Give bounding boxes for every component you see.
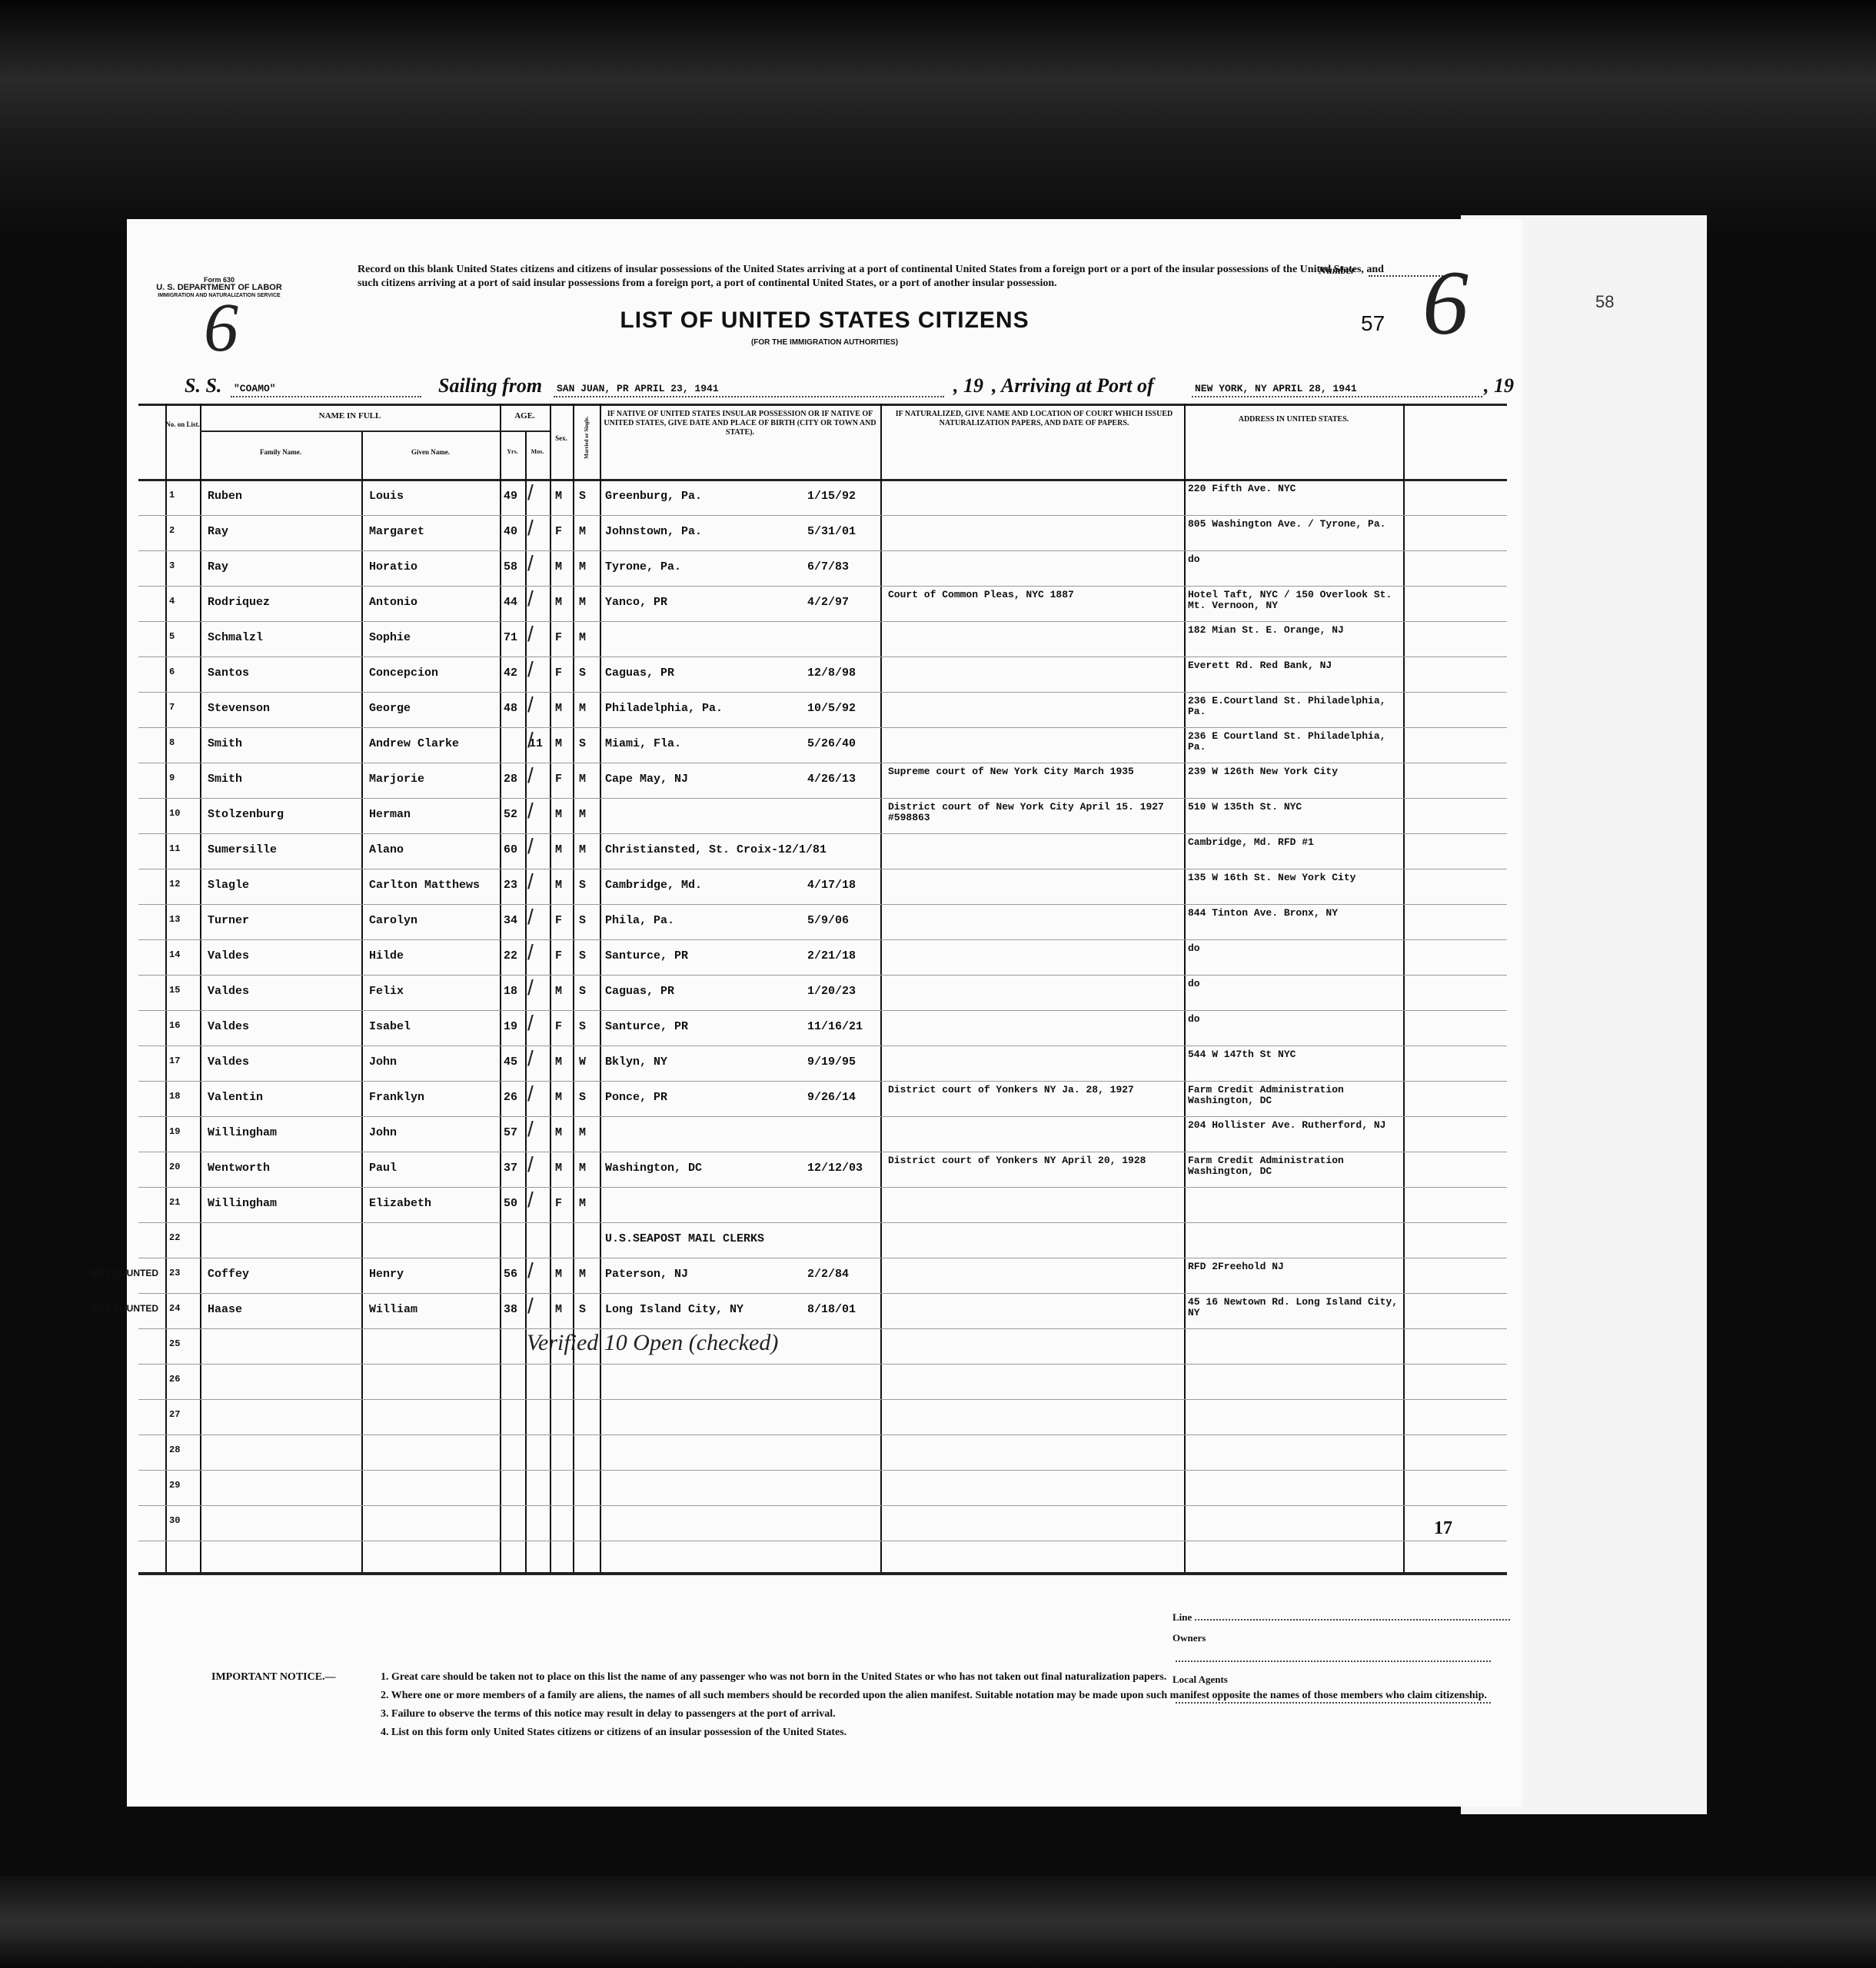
birth-date-cell: 4/26/13 xyxy=(807,773,856,786)
document-title: LIST OF UNITED STATES CITIZENS xyxy=(127,307,1522,334)
handwritten-verification-note: Verified 10 Open (checked) xyxy=(527,1330,778,1356)
check-mark-icon: / xyxy=(527,622,534,647)
marital-status-cell: M xyxy=(579,702,586,715)
line-number-cell: 29 xyxy=(169,1480,180,1491)
table-row: 6SantosConcepcion42FSCaguas, PR12/8/98Ev… xyxy=(138,657,1507,693)
sex-cell: M xyxy=(555,1091,562,1104)
line-number-cell: 1 xyxy=(169,490,175,500)
sex-cell: M xyxy=(555,1303,562,1316)
family-name-cell: Valdes xyxy=(208,1055,249,1069)
address-cell: do xyxy=(1188,554,1399,565)
family-name-cell: Stevenson xyxy=(208,702,270,715)
table-row: 1RubenLouis49MSGreenburg, Pa.1/15/92220 … xyxy=(138,480,1507,516)
birth-place-cell: Christiansted, St. Croix-12/1/81 xyxy=(605,843,827,856)
table-row: 11SumersilleAlano60MMChristiansted, St. … xyxy=(138,834,1507,869)
year-label-1: , 19 xyxy=(953,374,983,397)
line-number-cell: 2 xyxy=(169,525,175,536)
col-naturalization: IF NATURALIZED, GIVE NAME AND LOCATION O… xyxy=(888,410,1180,428)
sailing-from-label: Sailing from xyxy=(438,374,542,397)
given-name-cell: Carolyn xyxy=(369,914,417,927)
check-mark-icon: / xyxy=(527,1258,534,1283)
voyage-line: S. S. "COAMO" Sailing from SAN JUAN, PR … xyxy=(185,373,1507,397)
family-name-cell: Rodriquez xyxy=(208,596,270,609)
check-mark-icon: / xyxy=(527,799,534,823)
birth-place-cell: Phila, Pa. xyxy=(605,914,674,927)
birth-place-cell: Santurce, PR xyxy=(605,949,688,962)
marital-status-cell: S xyxy=(579,737,586,750)
scan-border-bottom xyxy=(0,1876,1876,1968)
given-name-cell: Franklyn xyxy=(369,1091,424,1104)
check-mark-icon: / xyxy=(527,869,534,894)
birth-place-cell: Paterson, NJ xyxy=(605,1268,688,1281)
age-years-cell: 23 xyxy=(504,879,517,892)
line-number-cell: 8 xyxy=(169,737,175,748)
scan-border-top xyxy=(0,0,1876,231)
arriving-at-field: NEW YORK, NY APRIL 28, 1941 xyxy=(1192,383,1482,397)
owners-field: Owners xyxy=(1172,1627,1522,1669)
table-row: 9SmithMarjorie28FMCape May, NJ4/26/13Sup… xyxy=(138,763,1507,799)
marital-status-cell: M xyxy=(579,596,586,609)
line-field: Line xyxy=(1172,1607,1522,1627)
line-number-cell: 17 xyxy=(169,1055,180,1066)
birth-place-cell: Ponce, PR xyxy=(605,1091,667,1104)
family-name-cell: Valentin xyxy=(208,1091,263,1104)
birth-date-cell: 2/2/84 xyxy=(807,1268,849,1281)
age-years-cell: 19 xyxy=(504,1020,517,1033)
given-name-cell: George xyxy=(369,702,411,715)
birth-date-cell: 12/12/03 xyxy=(807,1162,863,1175)
address-cell: 220 Fifth Ave. NYC xyxy=(1188,484,1399,494)
address-cell: 844 Tinton Ave. Bronx, NY xyxy=(1188,908,1399,919)
birth-place-cell: Bklyn, NY xyxy=(605,1055,667,1069)
line-number-cell: 25 xyxy=(169,1338,180,1349)
col-birth: IF NATIVE OF UNITED STATES INSULAR POSSE… xyxy=(604,410,876,437)
address-cell: 510 W 135th St. NYC xyxy=(1188,802,1399,813)
family-name-cell: Stolzenburg xyxy=(208,808,284,821)
address-cell: Cambridge, Md. RFD #1 xyxy=(1188,837,1399,848)
table-row: 7StevensonGeorge48MMPhiladelphia, Pa.10/… xyxy=(138,693,1507,728)
birth-place-cell: Greenburg, Pa. xyxy=(605,490,702,503)
line-number-cell: 21 xyxy=(169,1197,180,1208)
birth-place-cell: Caguas, PR xyxy=(605,985,674,998)
marital-status-cell: S xyxy=(579,879,586,892)
age-years-cell: 48 xyxy=(504,702,517,715)
birth-date-cell: 4/2/97 xyxy=(807,596,849,609)
sex-cell: M xyxy=(555,1268,562,1281)
table-row: 16ValdesIsabel19FSSanturce, PR11/16/21do… xyxy=(138,1011,1507,1046)
family-name-cell: Coffey xyxy=(208,1268,249,1281)
sex-cell: M xyxy=(555,1126,562,1139)
sex-cell: M xyxy=(555,737,562,750)
address-cell: 236 E Courtland St. Philadelphia, Pa. xyxy=(1188,731,1399,753)
birth-date-cell: 5/9/06 xyxy=(807,914,849,927)
check-mark-icon: / xyxy=(527,763,534,788)
address-cell: do xyxy=(1188,943,1399,954)
check-mark-icon: / xyxy=(527,551,534,576)
sex-cell: M xyxy=(555,808,562,821)
birth-date-cell: 11/16/21 xyxy=(807,1020,863,1033)
naturalization-cell: Court of Common Pleas, NYC 1887 xyxy=(888,590,1176,600)
sex-cell: M xyxy=(555,879,562,892)
sex-cell: M xyxy=(555,596,562,609)
age-years-cell: 18 xyxy=(504,985,517,998)
table-row: 10StolzenburgHerman52MMDistrict court of… xyxy=(138,799,1507,834)
line-number-cell: 6 xyxy=(169,667,175,677)
birth-date-cell: 1/20/23 xyxy=(807,985,856,998)
notice-item-4: 4. List on this form only United States … xyxy=(381,1724,1511,1742)
line-number-cell: 4 xyxy=(169,596,175,607)
address-cell: 182 Mian St. E. Orange, NJ xyxy=(1188,625,1399,636)
line-number-cell: 24 xyxy=(169,1303,180,1314)
marital-status-cell: S xyxy=(579,1091,586,1104)
not-counted-stamp: NOT COUNTED xyxy=(91,1268,158,1278)
line-number-cell: 9 xyxy=(169,773,175,783)
naturalization-cell: Supreme court of New York City March 193… xyxy=(888,766,1176,777)
sex-cell: M xyxy=(555,490,562,503)
marital-status-cell: M xyxy=(579,631,586,644)
family-name-cell: Willingham xyxy=(208,1126,277,1139)
sex-cell: F xyxy=(555,667,562,680)
family-name-cell: Valdes xyxy=(208,985,249,998)
birth-place-cell: Tyrone, Pa. xyxy=(605,560,681,573)
line-number-cell: 26 xyxy=(169,1374,180,1385)
notice-item-2: 2. Where one or more members of a family… xyxy=(381,1687,1511,1705)
table-row: 2RayMargaret40FMJohnstown, Pa.5/31/01805… xyxy=(138,516,1507,551)
marital-status-cell: W xyxy=(579,1055,586,1069)
birth-place-cell: Washington, DC xyxy=(605,1162,702,1175)
family-name-cell: Haase xyxy=(208,1303,242,1316)
marital-status-cell: S xyxy=(579,914,586,927)
table-row: 23CoffeyHenry56MMPaterson, NJ2/2/84RFD 2… xyxy=(138,1258,1507,1294)
table-row: 17ValdesJohn45MWBklyn, NY9/19/95544 W 14… xyxy=(138,1046,1507,1082)
sailing-from-field: SAN JUAN, PR APRIL 23, 1941 xyxy=(554,383,944,397)
birth-place-cell: Yanco, PR xyxy=(605,596,667,609)
check-mark-icon: / xyxy=(527,1152,534,1177)
check-mark-icon: / xyxy=(527,516,534,540)
given-name-cell: Alano xyxy=(369,843,404,856)
table-row: 30 xyxy=(138,1506,1507,1541)
sex-cell: F xyxy=(555,949,562,962)
family-name-cell: Ray xyxy=(208,525,228,538)
col-address: ADDRESS IN UNITED STATES. xyxy=(1184,415,1403,424)
marital-status-cell: M xyxy=(579,773,586,786)
sex-cell: M xyxy=(555,560,562,573)
birth-date-cell: 2/21/18 xyxy=(807,949,856,962)
birth-place-cell: Cambridge, Md. xyxy=(605,879,702,892)
sex-cell: M xyxy=(555,702,562,715)
underlying-page-number: 58 xyxy=(1595,292,1614,312)
check-mark-icon: / xyxy=(527,1117,534,1142)
marital-status-cell: S xyxy=(579,490,586,503)
address-cell: 805 Washington Ave. / Tyrone, Pa. xyxy=(1188,519,1399,530)
check-mark-icon: / xyxy=(527,1294,534,1318)
age-years-cell: 34 xyxy=(504,914,517,927)
birth-place-cell: Long Island City, NY xyxy=(605,1303,743,1316)
family-name-cell: Valdes xyxy=(208,1020,249,1033)
table-row: 14ValdesHilde22FSSanturce, PR2/21/18do/ xyxy=(138,940,1507,976)
age-years-cell: 57 xyxy=(504,1126,517,1139)
age-years-cell: 44 xyxy=(504,596,517,609)
table-row: 29 xyxy=(138,1471,1507,1506)
sex-cell: F xyxy=(555,1020,562,1033)
address-cell: do xyxy=(1188,979,1399,989)
age-years-cell: 49 xyxy=(504,490,517,503)
naturalization-cell: District court of Yonkers NY Ja. 28, 192… xyxy=(888,1085,1176,1095)
birth-place-cell: Caguas, PR xyxy=(605,667,674,680)
table-row: 28 xyxy=(138,1435,1507,1471)
family-name-cell: Willingham xyxy=(208,1197,277,1210)
address-cell: 544 W 147th St NYC xyxy=(1188,1049,1399,1060)
address-cell: do xyxy=(1188,1014,1399,1025)
given-name-cell: Elizabeth xyxy=(369,1197,431,1210)
notice-item-1: 1. Great care should be taken not to pla… xyxy=(381,1668,1511,1687)
birth-date-cell: 9/19/95 xyxy=(807,1055,856,1069)
check-mark-icon: / xyxy=(527,1188,534,1212)
age-years-cell: 56 xyxy=(504,1268,517,1281)
marital-status-cell: M xyxy=(579,1126,586,1139)
notice-label: IMPORTANT NOTICE.— xyxy=(211,1668,336,1687)
marital-status-cell: M xyxy=(579,1197,586,1210)
birth-place-cell: U.S.SEAPOST MAIL CLERKS xyxy=(605,1232,764,1245)
check-mark-icon: / xyxy=(527,976,534,1000)
col-age: AGE. xyxy=(500,411,550,421)
family-name-cell: Sumersille xyxy=(208,843,277,856)
age-years-cell: 26 xyxy=(504,1091,517,1104)
line-number-cell: 27 xyxy=(169,1409,180,1420)
given-name-cell: Antonio xyxy=(369,596,417,609)
given-name-cell: Henry xyxy=(369,1268,404,1281)
age-years-cell: 71 xyxy=(504,631,517,644)
given-name-cell: Isabel xyxy=(369,1020,411,1033)
family-name-cell: Schmalzl xyxy=(208,631,263,644)
family-name-cell: Slagle xyxy=(208,879,249,892)
table-row: 8SmithAndrew Clarke11MSMiami, Fla.5/26/4… xyxy=(138,728,1507,763)
age-years-cell: 45 xyxy=(504,1055,517,1069)
age-years-cell: 60 xyxy=(504,843,517,856)
age-years-cell: 50 xyxy=(504,1197,517,1210)
col-age-years: Yrs. xyxy=(500,448,525,456)
check-mark-icon: / xyxy=(527,693,534,717)
table-row: 12SlagleCarlton Matthews23MSCambridge, M… xyxy=(138,869,1507,905)
col-age-months: Mos. xyxy=(525,448,550,456)
marital-status-cell: M xyxy=(579,560,586,573)
check-mark-icon: / xyxy=(527,657,534,682)
sex-cell: F xyxy=(555,773,562,786)
address-cell: Farm Credit Administration Washington, D… xyxy=(1188,1155,1399,1178)
ss-label: S. S. xyxy=(185,374,221,397)
given-name-cell: Marjorie xyxy=(369,773,424,786)
given-name-cell: John xyxy=(369,1055,397,1069)
manifest-page: Form 630 U. S. DEPARTMENT OF LABOR IMMIG… xyxy=(127,219,1522,1807)
given-name-cell: Andrew Clarke xyxy=(369,737,459,750)
col-family-name: Family Name. xyxy=(200,448,361,457)
family-name-cell: Valdes xyxy=(208,949,249,962)
table-row: 13TurnerCarolyn34FSPhila, Pa.5/9/06844 T… xyxy=(138,905,1507,940)
family-name-cell: Santos xyxy=(208,667,249,680)
given-name-cell: Herman xyxy=(369,808,411,821)
address-cell: 135 W 16th St. New York City xyxy=(1188,873,1399,883)
family-name-cell: Wentworth xyxy=(208,1162,270,1175)
check-mark-icon: / xyxy=(527,587,534,611)
age-years-cell: 37 xyxy=(504,1162,517,1175)
address-cell: Everett Rd. Red Bank, NJ xyxy=(1188,660,1399,671)
check-mark-icon: / xyxy=(527,834,534,859)
table-row: 4RodriquezAntonio44MMYanco, PR4/2/97Cour… xyxy=(138,587,1507,622)
given-name-cell: John xyxy=(369,1126,397,1139)
col-name-in-full: NAME IN FULL xyxy=(200,411,500,421)
check-mark-icon: / xyxy=(527,728,534,753)
birth-date-cell: 6/7/83 xyxy=(807,560,849,573)
year-label-2: , 19 xyxy=(1484,374,1514,397)
col-marital-status: Married or Single. xyxy=(584,411,590,464)
address-cell: 204 Hollister Ave. Rutherford, NJ xyxy=(1188,1120,1399,1131)
table-row: 27 xyxy=(138,1400,1507,1435)
given-name-cell: Horatio xyxy=(369,560,417,573)
age-years-cell: 28 xyxy=(504,773,517,786)
marital-status-cell: M xyxy=(579,1268,586,1281)
check-mark-icon: / xyxy=(527,940,534,965)
birth-place-cell: Philadelphia, Pa. xyxy=(605,702,723,715)
line-number-cell: 7 xyxy=(169,702,175,713)
address-cell: Farm Credit Administration Washington, D… xyxy=(1188,1085,1399,1107)
passenger-table: No. on List. NAME IN FULL Family Name. G… xyxy=(138,404,1507,1580)
arriving-label: , Arriving at Port of xyxy=(992,374,1154,397)
marital-status-cell: S xyxy=(579,949,586,962)
given-name-cell: William xyxy=(369,1303,417,1316)
birth-date-cell: 5/31/01 xyxy=(807,525,856,538)
sex-cell: F xyxy=(555,1197,562,1210)
birth-date-cell: 8/18/01 xyxy=(807,1303,856,1316)
birth-date-cell: 5/26/40 xyxy=(807,737,856,750)
family-name-cell: Smith xyxy=(208,737,242,750)
address-cell: 45 16 Newtown Rd. Long Island City, NY xyxy=(1188,1297,1399,1319)
given-name-cell: Sophie xyxy=(369,631,411,644)
marital-status-cell: M xyxy=(579,843,586,856)
birth-date-cell: 4/17/18 xyxy=(807,879,856,892)
birth-date-cell: 9/26/14 xyxy=(807,1091,856,1104)
sex-cell: M xyxy=(555,985,562,998)
age-years-cell: 52 xyxy=(504,808,517,821)
table-row: 3RayHoratio58MMTyrone, Pa.6/7/83do/ xyxy=(138,551,1507,587)
marital-status-cell: S xyxy=(579,1020,586,1033)
marital-status-cell: S xyxy=(579,667,586,680)
notice-item-3: 3. Failure to observe the terms of this … xyxy=(381,1705,1511,1724)
sex-cell: M xyxy=(555,843,562,856)
line-number-cell: 30 xyxy=(169,1515,180,1526)
address-cell: Hotel Taft, NYC / 150 Overlook St. Mt. V… xyxy=(1188,590,1399,612)
line-number-cell: 16 xyxy=(169,1020,180,1031)
given-name-cell: Felix xyxy=(369,985,404,998)
check-mark-icon: / xyxy=(527,1011,534,1036)
age-years-cell: 22 xyxy=(504,949,517,962)
line-number-cell: 20 xyxy=(169,1162,180,1172)
line-number-cell: 18 xyxy=(169,1091,180,1102)
check-mark-icon: / xyxy=(527,1046,534,1071)
family-name-cell: Ray xyxy=(208,560,228,573)
age-years-cell: 42 xyxy=(504,667,517,680)
age-years-cell: 38 xyxy=(504,1303,517,1316)
birth-date-cell: 1/15/92 xyxy=(807,490,856,503)
naturalization-cell: District court of Yonkers NY April 20, 1… xyxy=(888,1155,1176,1166)
table-row: 18ValentinFranklyn26MSPonce, PR9/26/14Di… xyxy=(138,1082,1507,1117)
birth-place-cell: Cape May, NJ xyxy=(605,773,688,786)
line-number-cell: 22 xyxy=(169,1232,180,1243)
given-name-cell: Louis xyxy=(369,490,404,503)
line-number-cell: 5 xyxy=(169,631,175,642)
marital-status-cell: S xyxy=(579,985,586,998)
family-name-cell: Turner xyxy=(208,914,249,927)
table-row: 26 xyxy=(138,1365,1507,1400)
sex-cell: M xyxy=(555,1055,562,1069)
number-label: Number xyxy=(1319,265,1355,278)
address-cell: 236 E.Courtland St. Philadelphia, Pa. xyxy=(1188,696,1399,718)
document-subtitle: (FOR THE IMMIGRATION AUTHORITIES) xyxy=(127,338,1522,347)
marital-status-cell: M xyxy=(579,1162,586,1175)
marital-status-cell: S xyxy=(579,1303,586,1316)
table-row: 22U.S.SEAPOST MAIL CLERKS xyxy=(138,1223,1507,1258)
check-mark-icon: / xyxy=(527,1082,534,1106)
family-name-cell: Smith xyxy=(208,773,242,786)
given-name-cell: Concepcion xyxy=(369,667,438,680)
line-number-cell: 3 xyxy=(169,560,175,571)
table-row: 21WillinghamElizabeth50FM/ xyxy=(138,1188,1507,1223)
birth-place-cell: Johnstown, Pa. xyxy=(605,525,702,538)
table-row: 20WentworthPaul37MMWashington, DC12/12/0… xyxy=(138,1152,1507,1188)
line-number-cell: 15 xyxy=(169,985,180,996)
line-number-cell: 23 xyxy=(169,1268,180,1278)
line-number-cell: 11 xyxy=(169,843,180,854)
check-mark-icon: / xyxy=(527,480,534,505)
col-no-on-list: No. on List. xyxy=(165,421,200,429)
table-row: 19WillinghamJohn57MM204 Hollister Ave. R… xyxy=(138,1117,1507,1152)
table-row: 24HaaseWilliam38MSLong Island City, NY8/… xyxy=(138,1294,1507,1329)
address-cell: 239 W 126th New York City xyxy=(1188,766,1399,777)
col-given-name: Given Name. xyxy=(361,448,500,457)
sex-cell: F xyxy=(555,525,562,538)
ship-name-field: "COAMO" xyxy=(231,383,421,397)
given-name-cell: Margaret xyxy=(369,525,424,538)
line-number-cell: 10 xyxy=(169,808,180,819)
age-years-cell: 40 xyxy=(504,525,517,538)
given-name-cell: Hilde xyxy=(369,949,404,962)
birth-date-cell: 10/5/92 xyxy=(807,702,856,715)
table-row: 25 xyxy=(138,1329,1507,1365)
line-number-cell: 13 xyxy=(169,914,180,925)
col-sex: Sex. xyxy=(550,434,573,443)
marital-status-cell: M xyxy=(579,808,586,821)
line-number-cell: 14 xyxy=(169,949,180,960)
naturalization-cell: District court of New York City April 15… xyxy=(888,802,1176,824)
check-mark-icon: / xyxy=(527,905,534,929)
given-name-cell: Carlton Matthews xyxy=(369,879,480,892)
age-years-cell: 58 xyxy=(504,560,517,573)
sex-cell: M xyxy=(555,1162,562,1175)
table-row: 5SchmalzlSophie71FM182 Mian St. E. Orang… xyxy=(138,622,1507,657)
family-name-cell: Ruben xyxy=(208,490,242,503)
line-number-cell: 28 xyxy=(169,1444,180,1455)
sex-cell: F xyxy=(555,631,562,644)
handwritten-total: 17 xyxy=(1434,1518,1452,1539)
given-name-cell: Paul xyxy=(369,1162,397,1175)
line-number-cell: 19 xyxy=(169,1126,180,1137)
address-cell: RFD 2Freehold NJ xyxy=(1188,1262,1399,1272)
line-number-cell: 12 xyxy=(169,879,180,889)
birth-place-cell: Santurce, PR xyxy=(605,1020,688,1033)
sex-cell: F xyxy=(555,914,562,927)
not-counted-stamp: NOT COUNTED xyxy=(91,1303,158,1314)
birth-place-cell: Miami, Fla. xyxy=(605,737,681,750)
birth-date-cell: 12/8/98 xyxy=(807,667,856,680)
